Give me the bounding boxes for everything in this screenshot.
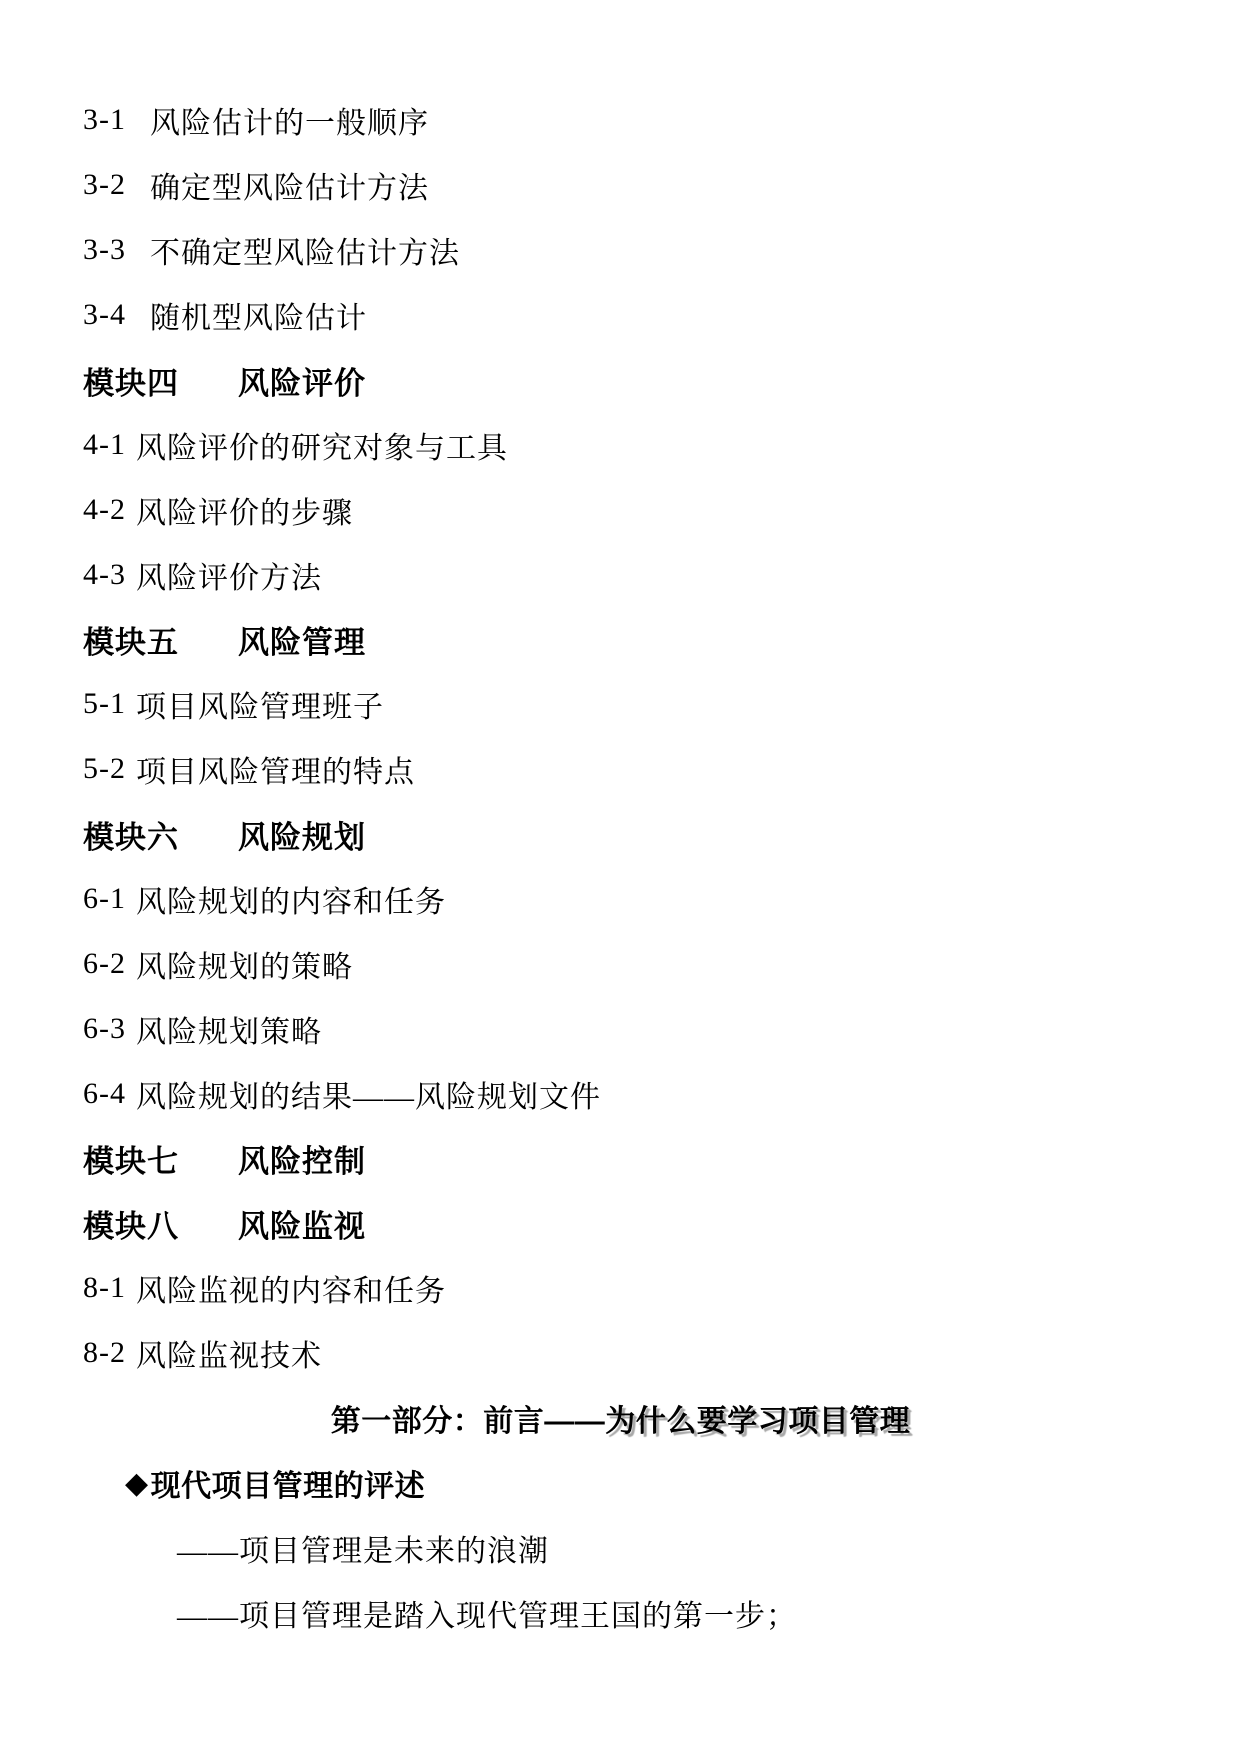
toc-row-number: 模块五	[83, 617, 238, 662]
section-heading-emphasis: 为什么要学习项目管理	[605, 1396, 910, 1440]
toc-row-text: 风险监视的内容和任务	[136, 1266, 446, 1310]
toc-row-number: 4-3	[83, 558, 126, 592]
toc-row: 6-4 风险规划的结果——风险规划文件	[83, 1061, 1211, 1126]
toc-row-number: 4-2	[83, 493, 126, 527]
toc-row-number: 3-3	[83, 233, 126, 267]
toc-row: 模块五 风险管理	[83, 607, 1211, 672]
toc-row-number: 6-1	[83, 882, 126, 916]
bullet-heading: ◆现代项目管理的评述	[125, 1451, 1211, 1516]
toc-row-number: 模块八	[83, 1201, 238, 1246]
toc-row: 模块八 风险监视	[83, 1191, 1211, 1256]
toc-row-number: 3-1	[83, 103, 126, 137]
toc-row-text: 风险估计的一般顺序	[150, 98, 429, 142]
toc-row-text: 风险监视	[238, 1201, 366, 1246]
toc-row: 3-1 风险估计的一般顺序	[83, 88, 1211, 153]
toc-row-number: 6-3	[83, 1012, 126, 1046]
toc-row: 3-2 确定型风险估计方法	[83, 153, 1211, 218]
toc-row-text: 风险控制	[238, 1136, 366, 1181]
toc-row: 模块六 风险规划	[83, 802, 1211, 867]
diamond-bullet-icon: ◆	[125, 1466, 149, 1501]
toc-row-number: 3-4	[83, 298, 126, 332]
toc-row: 4-1 风险评价的研究对象与工具	[83, 412, 1211, 477]
toc-row: 模块四 风险评价	[83, 348, 1211, 413]
toc-row-number: 4-1	[83, 428, 126, 462]
toc-row: 3-4 随机型风险估计	[83, 283, 1211, 348]
toc-row-number: 模块七	[83, 1136, 238, 1181]
sub-line: ——项目管理是踏入现代管理王国的第一步；	[177, 1580, 1211, 1645]
toc-row-text: 风险规划的策略	[136, 942, 353, 986]
toc-row-text: 风险评价	[238, 358, 366, 403]
toc-row-text: 风险规划	[238, 812, 366, 857]
toc-row-number: 3-2	[83, 168, 126, 202]
toc-row-number: 8-2	[83, 1336, 126, 1370]
toc-row-number: 5-1	[83, 687, 126, 721]
toc-row-number: 8-1	[83, 1271, 126, 1305]
toc-row: 8-2 风险监视技术	[83, 1321, 1211, 1386]
toc-row-text: 随机型风险估计	[150, 293, 367, 337]
toc-row: 6-3 风险规划策略	[83, 996, 1211, 1061]
sub-line-list: ——项目管理是未来的浪潮——项目管理是踏入现代管理王国的第一步；	[83, 1516, 1211, 1646]
bullet-heading-text: 现代项目管理的评述	[151, 1461, 426, 1505]
toc-row-text: 风险管理	[238, 617, 366, 662]
section-heading: 第一部分：前言——为什么要学习项目管理	[0, 1386, 1241, 1451]
toc-row: 6-2 风险规划的策略	[83, 932, 1211, 997]
toc-row-number: 6-4	[83, 1077, 126, 1111]
document-page: 3-1 风险估计的一般顺序 3-2 确定型风险估计方法 3-3 不确定型风险估计…	[0, 0, 1241, 1754]
toc-row-text: 不确定型风险估计方法	[150, 228, 460, 272]
toc-row-text: 风险评价的步骤	[136, 488, 353, 532]
toc-row-text: 风险规划的内容和任务	[136, 877, 446, 921]
toc-row-number: 6-2	[83, 947, 126, 981]
toc-row-text: 风险监视技术	[136, 1331, 322, 1375]
toc-row-number: 5-2	[83, 752, 126, 786]
toc-row-number: 模块六	[83, 812, 238, 857]
toc-row-text: 项目风险管理班子	[136, 682, 384, 726]
toc-row-text: 确定型风险估计方法	[150, 163, 429, 207]
toc-row: 模块七 风险控制	[83, 1126, 1211, 1191]
toc-row-number: 模块四	[83, 358, 238, 403]
toc-row-text: 风险评价的研究对象与工具	[136, 423, 508, 467]
toc-row-text: 项目风险管理的特点	[136, 747, 415, 791]
toc-row: 5-2 项目风险管理的特点	[83, 737, 1211, 802]
toc-row: 4-3 风险评价方法	[83, 542, 1211, 607]
toc-row-text: 风险规划策略	[136, 1007, 322, 1051]
toc-row: 5-1 项目风险管理班子	[83, 672, 1211, 737]
sub-line: ——项目管理是未来的浪潮	[177, 1516, 1211, 1581]
toc-row: 8-1 风险监视的内容和任务	[83, 1256, 1211, 1321]
section-heading-prefix: 第一部分：前言——	[331, 1396, 606, 1440]
toc-row: 4-2 风险评价的步骤	[83, 477, 1211, 542]
toc-row-text: 风险规划的结果——风险规划文件	[136, 1072, 601, 1116]
toc-list: 3-1 风险估计的一般顺序 3-2 确定型风险估计方法 3-3 不确定型风险估计…	[83, 88, 1211, 1386]
toc-row: 6-1 风险规划的内容和任务	[83, 867, 1211, 932]
toc-row-text: 风险评价方法	[136, 553, 322, 597]
toc-row: 3-3 不确定型风险估计方法	[83, 218, 1211, 283]
